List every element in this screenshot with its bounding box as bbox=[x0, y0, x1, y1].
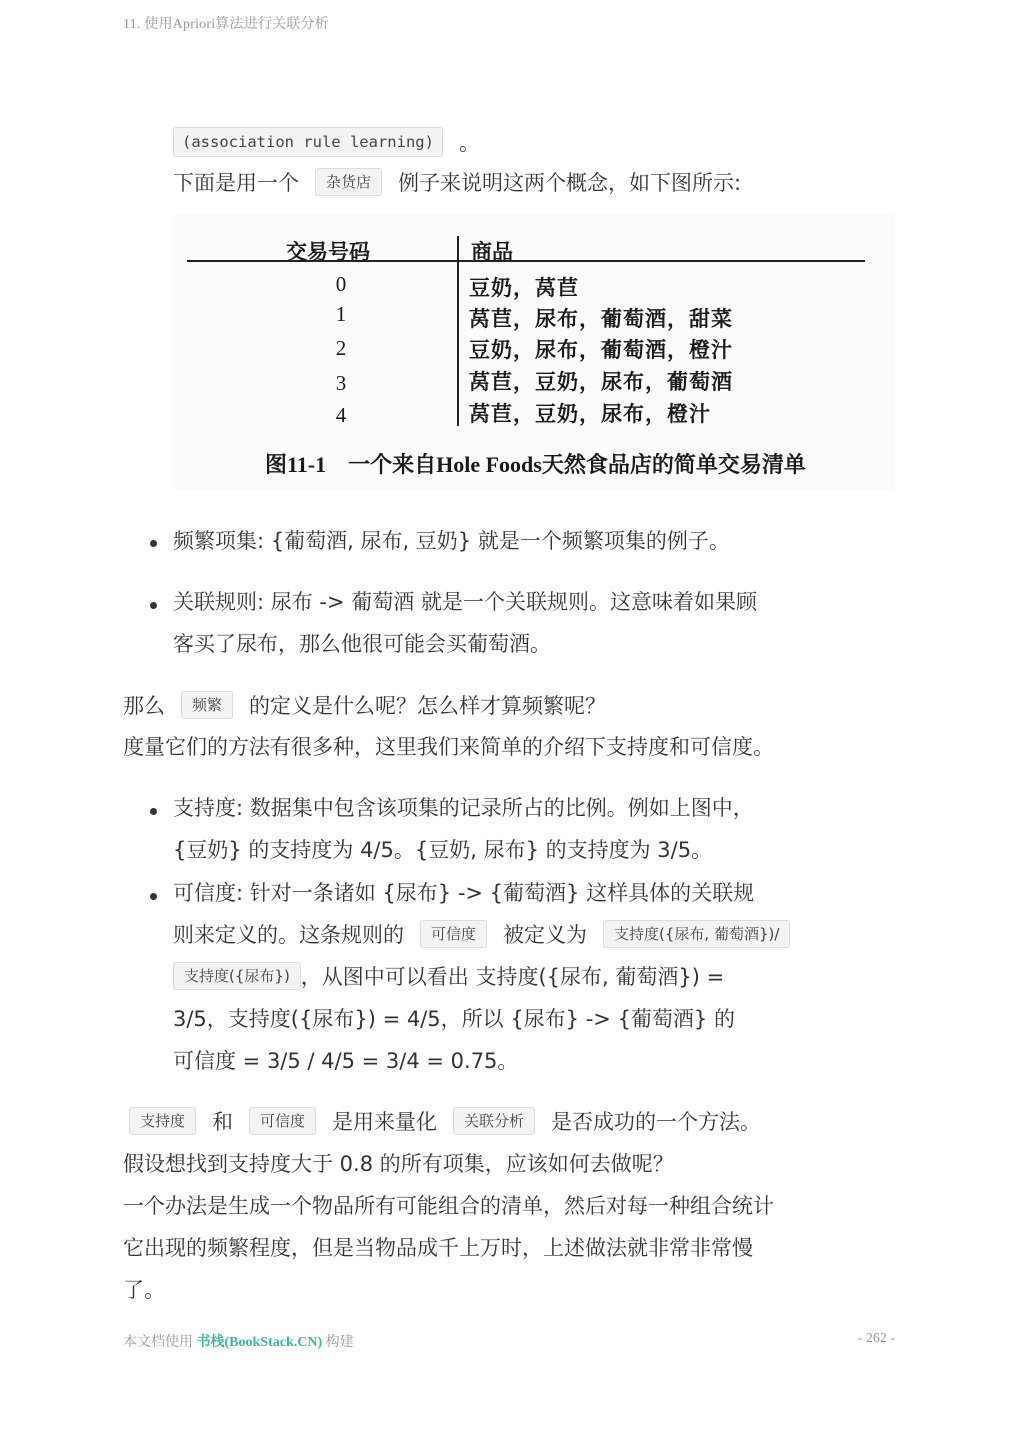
list-item-confidence-line5: 可信度 = 3/5 / 4/5 = 3/4 = 0.75。 bbox=[173, 1040, 518, 1082]
table-row-items: 豆奶，尿布，葡萄酒，橙汁 bbox=[469, 334, 733, 364]
page-number: - 262 - bbox=[858, 1331, 895, 1347]
table-row-id: 3 bbox=[331, 371, 351, 396]
question-suffix: 的定义是什么呢？怎么样才算频繁呢？ bbox=[249, 694, 606, 718]
bullet-icon bbox=[150, 602, 157, 609]
table-row-items: 莴苣，豆奶，尿布，橙汁 bbox=[469, 398, 711, 428]
closing-line-5: 了。 bbox=[123, 1269, 165, 1311]
table-row-id: 4 bbox=[331, 403, 351, 428]
table-row-items: 莴苣，豆奶，尿布，葡萄酒 bbox=[469, 366, 733, 396]
bullet-icon bbox=[150, 540, 157, 547]
inline-code-confidence-formula: 支持度({尿布, 葡萄酒})/ bbox=[603, 920, 790, 948]
table-row-items: 莴苣，尿布，葡萄酒，甜菜 bbox=[469, 303, 733, 333]
table-header-rule bbox=[187, 260, 865, 262]
table-row-id: 1 bbox=[331, 302, 351, 327]
inline-code-confidence: 可信度 bbox=[420, 920, 487, 948]
measures-intro: 度量它们的方法有很多种，这里我们来简单的介绍下支持度和可信度。 bbox=[123, 726, 774, 768]
list-item-frequent-itemset: 频繁项集: {葡萄酒, 尿布, 豆奶} 就是一个频繁项集的例子。 bbox=[173, 520, 730, 562]
inline-code-confidence-formula-cont: 支持度({尿布}) bbox=[173, 962, 301, 990]
closing-and: 和 bbox=[212, 1110, 233, 1134]
inline-code-support: 支持度 bbox=[129, 1107, 196, 1135]
footer-prefix: 本文档使用 bbox=[123, 1335, 193, 1350]
intro-text: 下面是用一个 bbox=[173, 171, 299, 195]
confidence-text: 则来定义的。这条规则的 bbox=[173, 923, 404, 947]
intro-line-2: 下面是用一个杂货店例子来说明这两个概念，如下图所示: bbox=[173, 162, 741, 204]
list-item-support-cont: {豆奶} 的支持度为 4/5。{豆奶, 尿布} 的支持度为 3/5。 bbox=[173, 829, 712, 871]
footer: 本文档使用 书栈(BookStack.CN) 构建 bbox=[123, 1331, 354, 1351]
table-row-id: 0 bbox=[331, 272, 351, 297]
intro-period: 。 bbox=[459, 131, 480, 155]
closing-mid: 是用来量化 bbox=[332, 1110, 437, 1134]
inline-code-grocery-store: 杂货店 bbox=[315, 168, 382, 196]
intro-line-1: (association rule learning)。 bbox=[173, 122, 480, 164]
list-item-confidence: 可信度: 针对一条诸如 {尿布} -> {葡萄酒} 这样具体的关联规 bbox=[173, 872, 754, 914]
closing-line-2: 假设想找到支持度大于 0.8 的所有项集，应该如何去做呢？ bbox=[123, 1143, 674, 1185]
closing-line-1: 支持度和可信度是用来量化关联分析是否成功的一个方法。 bbox=[129, 1101, 761, 1143]
list-item-support: 支持度: 数据集中包含该项集的记录所占的比例。例如上图中， bbox=[173, 787, 754, 829]
question-line: 那么频繁的定义是什么呢？怎么样才算频繁呢？ bbox=[123, 685, 606, 727]
closing-suffix: 是否成功的一个方法。 bbox=[551, 1110, 761, 1134]
figure-transaction-table: 交易号码 商品 0 豆奶，莴苣 1 莴苣，尿布，葡萄酒，甜菜 2 豆奶，尿布，葡… bbox=[173, 214, 895, 490]
table-row-id: 2 bbox=[331, 336, 351, 361]
intro-text-suffix: 例子来说明这两个概念，如下图所示: bbox=[398, 171, 741, 195]
table-column-rule bbox=[457, 236, 459, 426]
inline-code-confidence-2: 可信度 bbox=[249, 1107, 316, 1135]
list-item-confidence-line3: 支持度({尿布})，从图中可以看出 支持度({尿布, 葡萄酒}) = bbox=[173, 956, 724, 998]
inline-code-association-analysis: 关联分析 bbox=[453, 1107, 535, 1135]
bullet-icon bbox=[150, 808, 157, 815]
list-item-association-rule-cont: 客买了尿布，那么他很可能会买葡萄酒。 bbox=[173, 623, 551, 665]
footer-suffix: 构建 bbox=[326, 1335, 354, 1350]
list-item-confidence-line2: 则来定义的。这条规则的可信度被定义为支持度({尿布, 葡萄酒})/ bbox=[173, 914, 790, 956]
bullet-icon bbox=[150, 893, 157, 900]
question-prefix: 那么 bbox=[123, 694, 165, 718]
list-item-confidence-line4: 3/5，支持度({尿布}) = 4/5，所以 {尿布} -> {葡萄酒} 的 bbox=[173, 998, 735, 1040]
confidence-text-mid: 被定义为 bbox=[503, 923, 587, 947]
chapter-header: 11. 使用Apriori算法进行关联分析 bbox=[123, 13, 329, 33]
figure-caption: 图11-1 一个来自Hole Foods天然食品店的简单交易清单 bbox=[265, 448, 806, 479]
inline-code-association-rule-learning: (association rule learning) bbox=[173, 127, 443, 157]
confidence-text-line3: ，从图中可以看出 支持度({尿布, 葡萄酒}) = bbox=[301, 965, 724, 989]
table-row-items: 豆奶，莴苣 bbox=[469, 272, 579, 302]
closing-line-3: 一个办法是生成一个物品所有可能组合的清单，然后对每一种组合统计 bbox=[123, 1185, 774, 1227]
closing-line-4: 它出现的频繁程度，但是当物品成千上万时，上述做法就非常非常慢 bbox=[123, 1227, 753, 1269]
footer-brand-link[interactable]: 书栈(BookStack.CN) bbox=[197, 1335, 323, 1350]
inline-code-frequent: 频繁 bbox=[181, 691, 233, 719]
list-item-association-rule: 关联规则: 尿布 -> 葡萄酒 就是一个关联规则。这意味着如果顾 bbox=[173, 581, 757, 623]
